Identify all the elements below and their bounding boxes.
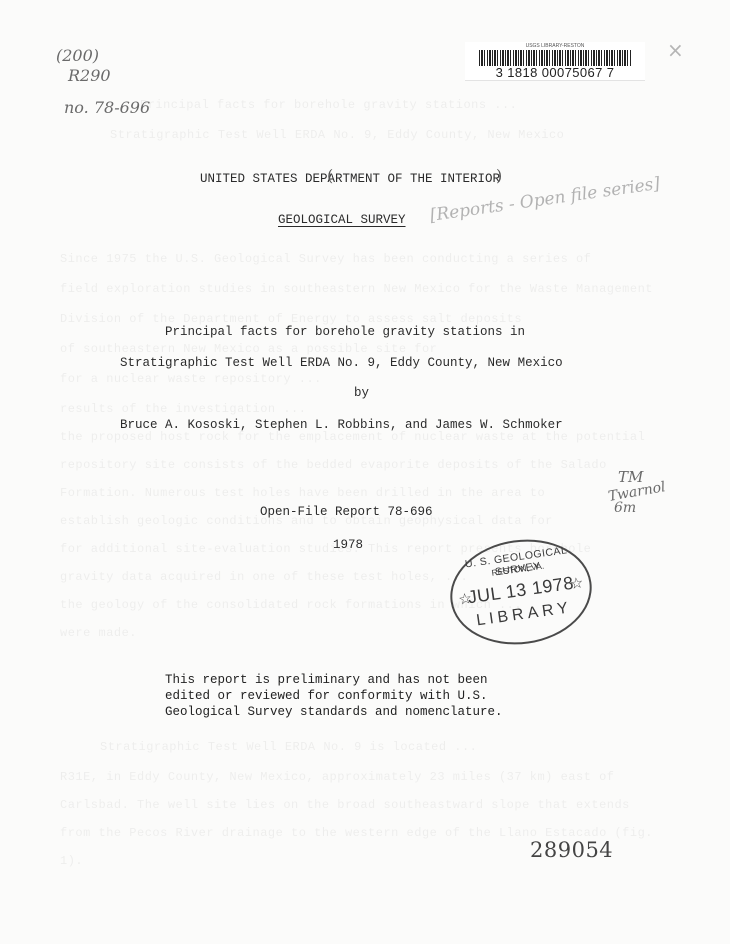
bleed-through-line: Division of the Department of Energy to … xyxy=(60,312,660,326)
agency-text: UNITED STATES DEPARTMENT OF THE INTERIOR xyxy=(200,172,500,186)
handwritten-series-number: no. 78-696 xyxy=(64,98,150,117)
barcode-number: 3 1818 00075067 7 xyxy=(465,65,645,80)
bleed-through-line: field exploration studies in southeaster… xyxy=(60,282,660,296)
title-line-1: Principal facts for borehole gravity sta… xyxy=(165,325,525,339)
handwritten-paren-close: ) xyxy=(496,166,502,185)
bureau-heading: GEOLOGICAL SURVEY xyxy=(278,213,406,227)
bleed-through-line: results of the investigation ... xyxy=(60,402,660,416)
bleed-through-line: for a nuclear waste repository ... xyxy=(60,372,660,386)
preliminary-notice: This report is preliminary and has not b… xyxy=(165,672,545,720)
bleed-through-line: Since 1975 the U.S. Geological Survey ha… xyxy=(60,252,660,266)
bleed-through-line: the proposed host rock for the emplaceme… xyxy=(60,430,660,444)
bleed-through-line: Carlsbad. The well site lies on the broa… xyxy=(60,798,660,812)
title-authors: Bruce A. Kososki, Stephen L. Robbins, an… xyxy=(120,418,563,432)
scanned-page: Principal facts for borehole gravity sta… xyxy=(0,0,730,944)
handwritten-paren-open: ( xyxy=(327,166,333,185)
barcode-label: USGS LIBRARY-RESTON 3 1818 00075067 7 xyxy=(465,42,645,81)
star-icon: ☆ xyxy=(569,573,585,593)
bleed-through-line: R31E, in Eddy County, New Mexico, approx… xyxy=(60,770,660,784)
notice-line-2: edited or reviewed for conformity with U… xyxy=(165,688,545,704)
report-designation: Open-File Report 78-696 xyxy=(260,505,433,519)
bleed-through-line: of southeastern New Mexico as a possible… xyxy=(60,342,660,356)
notice-line-3: Geological Survey standards and nomencla… xyxy=(165,704,545,720)
bleed-through-line: Stratigraphic Test Well ERDA No. 9 is lo… xyxy=(100,740,700,754)
bleed-through-line: Principal facts for borehole gravity sta… xyxy=(140,98,730,112)
handwritten-call-number-2: R290 xyxy=(68,66,111,85)
title-line-2: Stratigraphic Test Well ERDA No. 9, Eddy… xyxy=(120,356,563,370)
title-by: by xyxy=(354,386,369,400)
x-mark-icon: × xyxy=(667,38,684,62)
barcode-library-label: USGS LIBRARY-RESTON xyxy=(465,43,645,49)
bleed-through-line: Stratigraphic Test Well ERDA No. 9, Eddy… xyxy=(110,128,710,142)
notice-line-1: This report is preliminary and has not b… xyxy=(165,672,545,688)
handwritten-initials-3: 6m xyxy=(614,500,636,516)
bleed-through-line: repository site consists of the bedded e… xyxy=(60,458,660,472)
bleed-through-line: Formation. Numerous test holes have been… xyxy=(60,486,660,500)
report-year: 1978 xyxy=(333,538,363,552)
agency-heading: UNITED STATES DEPARTMENT OF THE INTERIOR xyxy=(200,172,500,186)
handwritten-call-number-1: (200) xyxy=(56,46,99,65)
barcode-icon xyxy=(479,50,631,66)
bleed-through-line: were made. xyxy=(60,626,660,640)
accession-number: 289054 xyxy=(530,838,613,862)
